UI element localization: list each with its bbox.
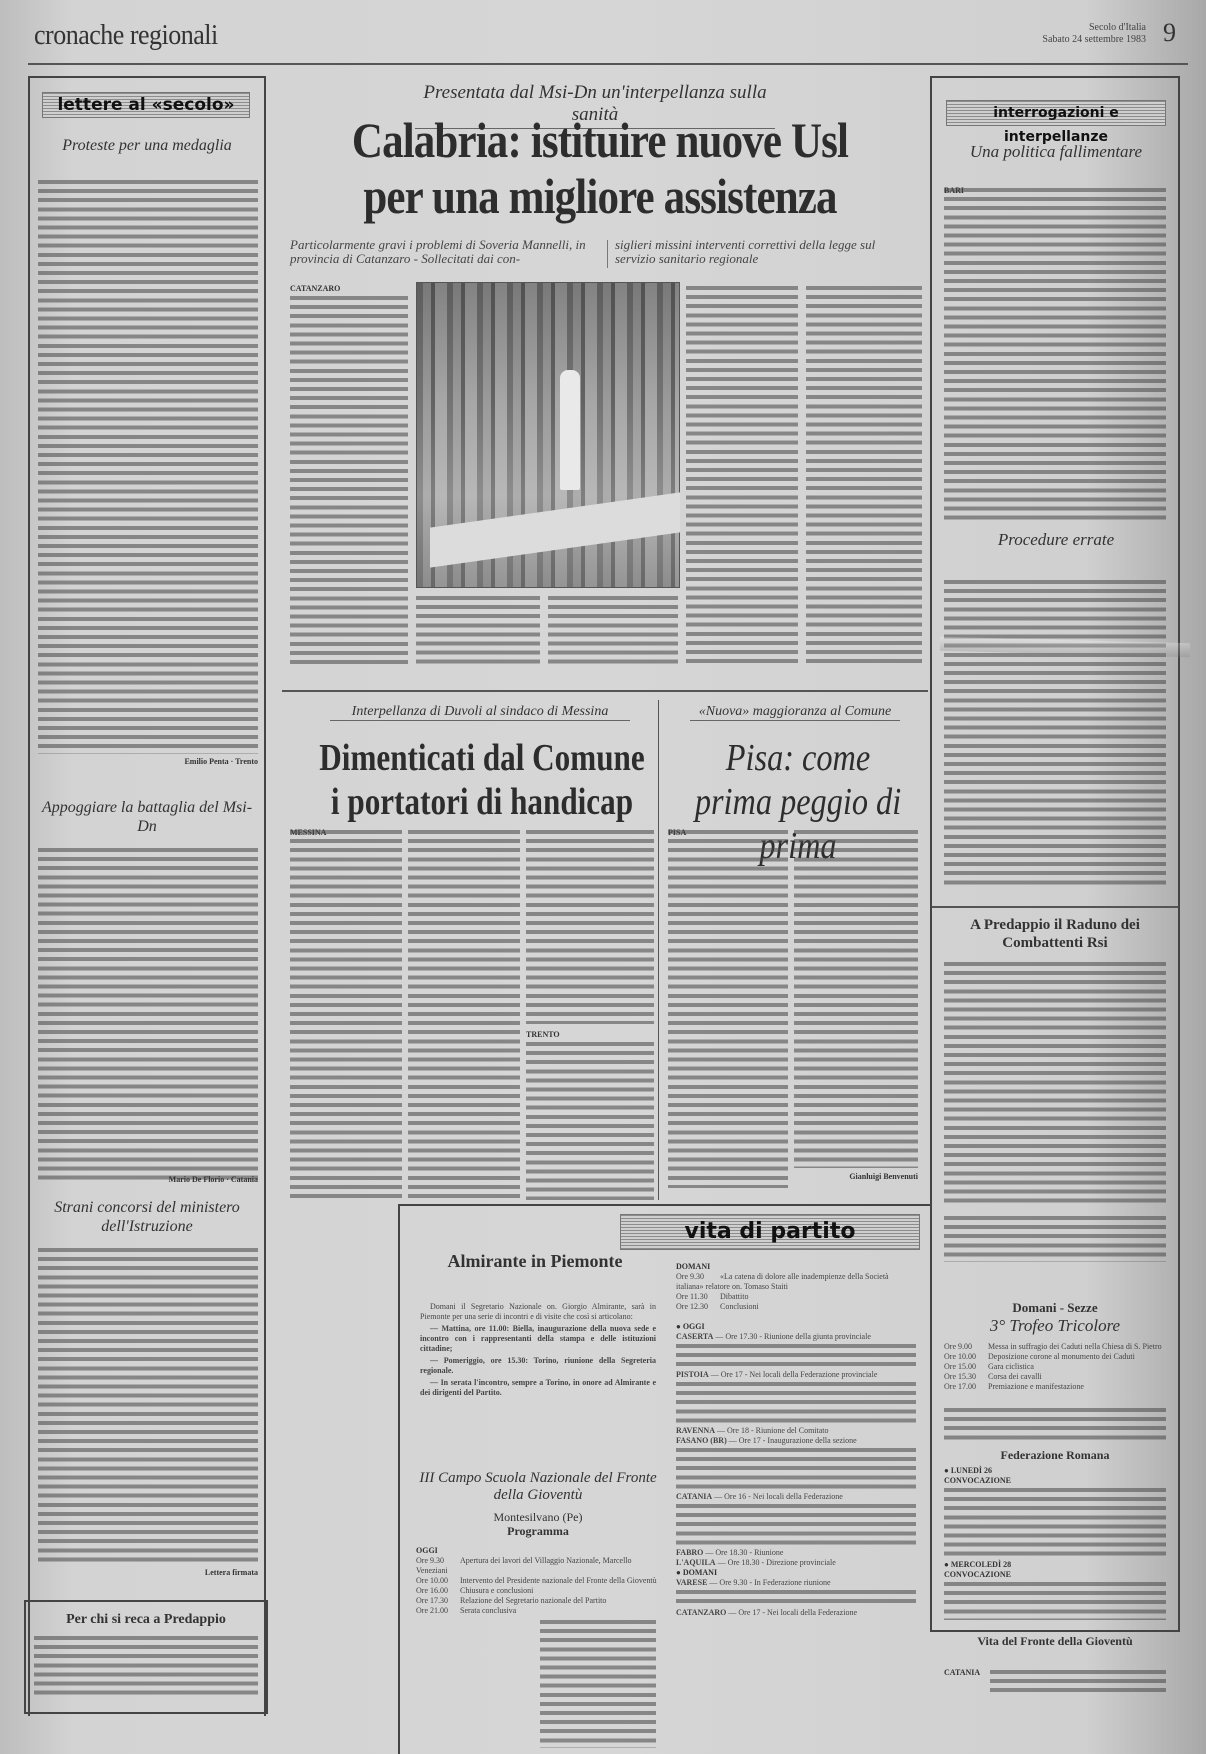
- campo-scuola-schedule: OGGI Ore 9.30Apertura dei lavori del Vil…: [416, 1546, 660, 1616]
- letter-title-3: Strani concorsi del ministero dell'Istru…: [30, 1198, 264, 1236]
- domani-row: Ore 11.30Dibattito: [676, 1292, 916, 1302]
- raduno-body: [944, 960, 1166, 1206]
- letter-body-3: Egregio direttore, il 17 settembre 1983 …: [38, 1246, 258, 1566]
- newspaper-name: Secolo d'Italia: [1042, 22, 1146, 34]
- oggi-label: ● OGGI: [676, 1322, 916, 1332]
- pisa-signature: Gianluigi Benvenuti: [794, 1172, 918, 1181]
- federazione-items: ● LUNEDÌ 26 CONVOCAZIONE ● MERCOLEDÌ 28 …: [944, 1466, 1166, 1620]
- domani-schedule: DOMANI Ore 9.30«La catena di dolore alle…: [676, 1262, 916, 1312]
- sezze-heading: Domani - Sezze: [944, 1300, 1166, 1316]
- letter-title-2: Appoggiare la battaglia del Msi-Dn: [34, 798, 260, 836]
- letter-signature-3: Lettera firmata: [38, 1568, 258, 1577]
- messina-col-1: [290, 828, 402, 1198]
- oggi-item-body: [676, 1380, 916, 1426]
- pisa-kicker: «Nuova» maggioranza al Comune: [690, 704, 900, 721]
- story-separator: [282, 690, 928, 692]
- predappio-info-title: Per chi si reca a Predappio: [26, 1612, 266, 1628]
- party-life-banner: vita di partito: [620, 1214, 920, 1250]
- photo-figure-technician: [560, 370, 580, 490]
- federazione-label: CONVOCAZIONE: [944, 1570, 1166, 1580]
- messina-col-3: [526, 828, 654, 1024]
- pisa-col-2: [794, 828, 918, 1168]
- section-title: cronache regionali: [34, 19, 218, 52]
- campo-schedule-row: Ore 10.00Intervento del Presidente nazio…: [416, 1576, 660, 1586]
- top-story-dateline: CATANZARO: [290, 284, 340, 293]
- almirante-para-1: Domani il Segretario Nazionale on. Giorg…: [420, 1302, 656, 1322]
- oggi-item-body: [676, 1342, 916, 1370]
- top-story-col-3: [548, 594, 678, 668]
- almirante-para-2: — Mattina, ore 11.00: Biella, inaugurazi…: [420, 1324, 656, 1354]
- oggi-item: L'AQUILA — Ore 18.30 - Direzione provinc…: [676, 1558, 916, 1568]
- letter-signature-1: Emilio Penta · Trento: [38, 757, 258, 766]
- campo-schedule-row: Ore 9.30Apertura dei lavori del Villaggi…: [416, 1556, 660, 1576]
- sezze-body: [944, 1406, 1166, 1442]
- domani-item: CATANZARO — Ore 17 - Nei locali della Fe…: [676, 1608, 916, 1618]
- oggi-items: ● OGGI CASERTA — Ore 17.30 - Riunione de…: [676, 1322, 916, 1618]
- sezze-intro: [944, 1214, 1166, 1262]
- campo-schedule-row: Ore 21.00Serata conclusiva: [416, 1606, 660, 1616]
- top-story-deck-right: siglieri missini interventi correttivi d…: [615, 238, 915, 266]
- letter-body-2: Egregio Direttore, gli è presente l'iniz…: [38, 846, 258, 1182]
- almirante-body: Domani il Segretario Nazionale on. Giorg…: [420, 1302, 656, 1398]
- oggi-item-body: [676, 1502, 916, 1548]
- raduno-title: A Predappio il Raduno dei Combattenti Rs…: [940, 916, 1170, 952]
- predappio-info-text: Le colonne del Msi-Dn di Predappio ricor…: [34, 1634, 258, 1698]
- predappio-info-box: Per chi si reca a Predappio Le colonne d…: [24, 1600, 268, 1714]
- deck-divider: [607, 240, 608, 268]
- trento-dateline: TRENTO: [526, 1030, 560, 1039]
- fronte-dateline: CATANIA: [944, 1668, 980, 1677]
- sezze-schedule: Ore 9.00Messa in suffragio dei Caduti ne…: [944, 1342, 1166, 1392]
- interrogazione-title-1: Una politica fallimentare: [946, 142, 1166, 162]
- sezze-title: 3° Trofeo Tricolore: [944, 1316, 1166, 1336]
- sezze-row: Ore 10.00Deposizione corone al monumento…: [944, 1352, 1166, 1362]
- domani-item-body: [676, 1588, 916, 1608]
- oggi-item: FASANO (BR) — Ore 17 - Inaugurazione del…: [676, 1436, 916, 1446]
- page-number: 9: [1163, 18, 1176, 48]
- oggi-item: RAVENNA — Ore 18 - Riunione del Comitato: [676, 1426, 916, 1436]
- header-rule: [28, 63, 1188, 65]
- campo-scuola-title: III Campo Scuola Nazionale del Fronte de…: [416, 1470, 660, 1504]
- federazione-body-1: [944, 1486, 1166, 1560]
- campo-schedule-row: Ore 16.00Chiusura e conclusioni: [416, 1586, 660, 1596]
- oggi-item: CASERTA — Ore 17.30 - Riunione della giu…: [676, 1332, 916, 1342]
- domani-row: Ore 12.30Conclusioni: [676, 1302, 916, 1312]
- top-story-col-4: [686, 284, 798, 668]
- top-story-col-2: [416, 594, 540, 668]
- top-story-deck-left: Particolarmente gravi i problemi di Sove…: [290, 238, 602, 266]
- messina-kicker: Interpellanza di Duvoli al sindaco di Me…: [330, 704, 630, 721]
- interrogazione-body-2: [944, 578, 1166, 888]
- sezze-row: Ore 15.00Gara ciclistica: [944, 1362, 1166, 1372]
- almirante-para-4: — In serata l'incontro, sempre a Torino,…: [420, 1378, 656, 1398]
- oggi-item-body: [676, 1446, 916, 1492]
- campo-day-label: OGGI: [416, 1546, 660, 1556]
- campo-schedule-row: Ore 17.30Relazione del Segretario nazion…: [416, 1596, 660, 1606]
- letter-title-1: Proteste per una medaglia: [34, 136, 260, 155]
- trento-body: [526, 1040, 654, 1200]
- federazione-label: CONVOCAZIONE: [944, 1476, 1166, 1486]
- oggi-item: PISTOIA — Ore 17 - Nei locali della Fede…: [676, 1370, 916, 1380]
- oggi-item: CATANIA — Ore 16 - Nei locali della Fede…: [676, 1492, 916, 1502]
- letter-body-1: Quarto Ignoto Direttore, mi rivolgo a Le…: [38, 178, 258, 754]
- letter-signature-2: Mario De Florio · Catania: [38, 1175, 258, 1184]
- sezze-row: Ore 15.30Corsa dei cavalli: [944, 1372, 1166, 1382]
- federazione-body-2: [944, 1580, 1166, 1620]
- column-divider: [658, 700, 659, 1200]
- federazione-day: ● MERCOLEDÌ 28: [944, 1560, 1166, 1570]
- newspaper-page: cronache regionali Secolo d'Italia Sabat…: [0, 0, 1206, 1754]
- interrogazione-body-1: [944, 186, 1166, 520]
- federazione-day: ● LUNEDÌ 26: [944, 1466, 1166, 1476]
- fronte-body: [990, 1668, 1166, 1696]
- domani-item: VARESE — Ore 9.30 - In Federazione riuni…: [676, 1578, 916, 1588]
- top-story-col-1: [290, 294, 408, 668]
- sezze-row: Ore 9.00Messa in suffragio dei Caduti ne…: [944, 1342, 1166, 1352]
- almirante-para-3: — Pomeriggio, ore 15.30: Torino, riunion…: [420, 1356, 656, 1376]
- domani-label: DOMANI: [676, 1262, 916, 1272]
- campo-scuola-program-label: Programma: [416, 1524, 660, 1539]
- fronte-title: Vita del Fronte della Gioventù: [944, 1634, 1166, 1648]
- federazione-title: Federazione Romana: [944, 1448, 1166, 1463]
- interrogazione-title-2: Procedure errate: [946, 530, 1166, 550]
- top-story-col-5: [806, 284, 922, 668]
- issue-date: Sabato 24 settembre 1983: [1042, 34, 1146, 46]
- messina-col-2: [408, 828, 520, 1198]
- oggi-item: FABRO — Ore 18.30 - Riunione: [676, 1548, 916, 1558]
- sezze-row: Ore 17.00Premiazione e manifestazione: [944, 1382, 1166, 1392]
- masthead-date: Secolo d'Italia Sabato 24 settembre 1983: [1042, 22, 1146, 46]
- raduno-rule: [932, 906, 1178, 908]
- campo-scuola-place: Montesilvano (Pe): [416, 1510, 660, 1525]
- letters-banner: lettere al «secolo»: [42, 92, 250, 118]
- domani-row: Ore 9.30«La catena di dolore alle inadem…: [676, 1272, 916, 1292]
- party-mid-column: [540, 1618, 656, 1748]
- pisa-col-1: [668, 828, 788, 1188]
- domani-items-label: ● DOMANI: [676, 1568, 916, 1578]
- top-story-headline: Calabria: istituire nuove Usl per una mi…: [325, 112, 875, 224]
- messina-headline: Dimenticati dal Comune i portatori di ha…: [318, 736, 646, 824]
- almirante-title: Almirante in Piemonte: [420, 1250, 650, 1272]
- interrogazioni-banner: interrogazioni e interpellanze: [946, 100, 1166, 126]
